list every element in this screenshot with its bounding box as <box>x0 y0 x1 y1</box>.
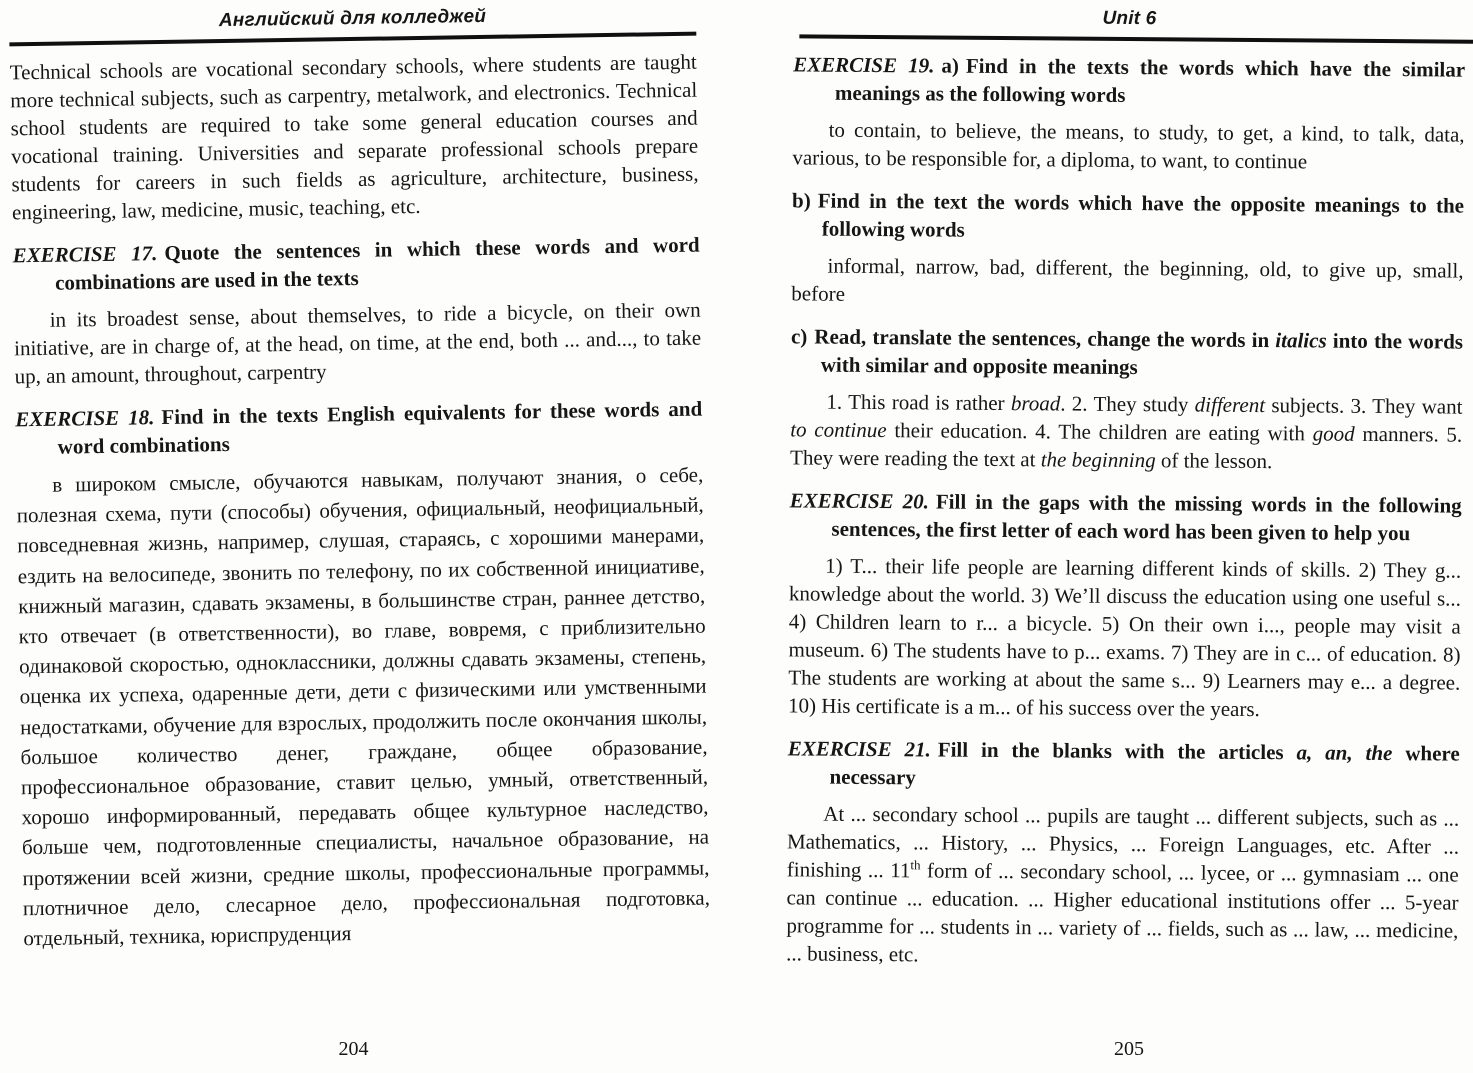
exercise19c-heading: c)Read, translate the sentences, change … <box>791 322 1463 383</box>
page-left: Английский для колледжей Technical schoo… <box>0 0 737 1073</box>
exercise19c-title: Read, translate the sentences, change th… <box>814 325 1463 380</box>
exercise18-body: в широком смысле, обучаются навыкам, пол… <box>16 460 711 954</box>
exercise19-heading: EXERCISE 19.a)Find in the texts the word… <box>793 50 1465 111</box>
page-number-left: 204 <box>0 1038 737 1061</box>
exercise19a-label: a) <box>941 54 959 78</box>
exercise19b-label: b) <box>792 188 811 212</box>
exercise19b-heading: b)Find in the text the words which have … <box>792 186 1464 247</box>
exercise18-heading: EXERCISE 18.Find in the texts English eq… <box>15 395 703 462</box>
intro-paragraph: Technical schools are vocational seconda… <box>10 48 700 227</box>
exercise18-label: EXERCISE 18. <box>15 405 155 431</box>
exercise19c-body: 1. This road is rather broad. 2. They st… <box>790 387 1463 476</box>
exercise21-body: At ... secondary school ... pupils are t… <box>786 799 1459 972</box>
exercise17-body: in its broadest sense, about themselves,… <box>13 296 701 391</box>
exercise19-label: EXERCISE 19. <box>793 52 934 77</box>
exercise19c-label: c) <box>791 324 808 348</box>
page-right-content: Unit 6 EXERCISE 19.a)Find in the texts t… <box>786 3 1466 972</box>
exercise19b-title: Find in the text the words which have th… <box>818 189 1464 242</box>
exercise21-label: EXERCISE 21. <box>788 736 931 761</box>
exercise21-heading: EXERCISE 21.Fill in the blanks with the … <box>787 734 1459 795</box>
exercise20-heading: EXERCISE 20.Fill in the gaps with the mi… <box>789 486 1461 547</box>
exercise17-heading: EXERCISE 17.Quote the sentences in which… <box>12 231 700 298</box>
exercise19a-body: to contain, to believe, the means, to st… <box>792 115 1464 176</box>
exercise17-label: EXERCISE 17. <box>13 241 158 267</box>
exercise19b-body: informal, narrow, bad, different, the be… <box>791 251 1463 312</box>
exercise20-label: EXERCISE 20. <box>790 488 929 513</box>
book-spread: Английский для колледжей Technical schoo… <box>0 0 1473 1073</box>
exercise20-body: 1) T... their life people are learning d… <box>788 551 1461 724</box>
page-number-right: 205 <box>737 1038 1473 1061</box>
page-right: Unit 6 EXERCISE 19.a)Find in the texts t… <box>737 0 1473 1073</box>
page-left-content: Английский для колледжей Technical schoo… <box>9 1 711 954</box>
